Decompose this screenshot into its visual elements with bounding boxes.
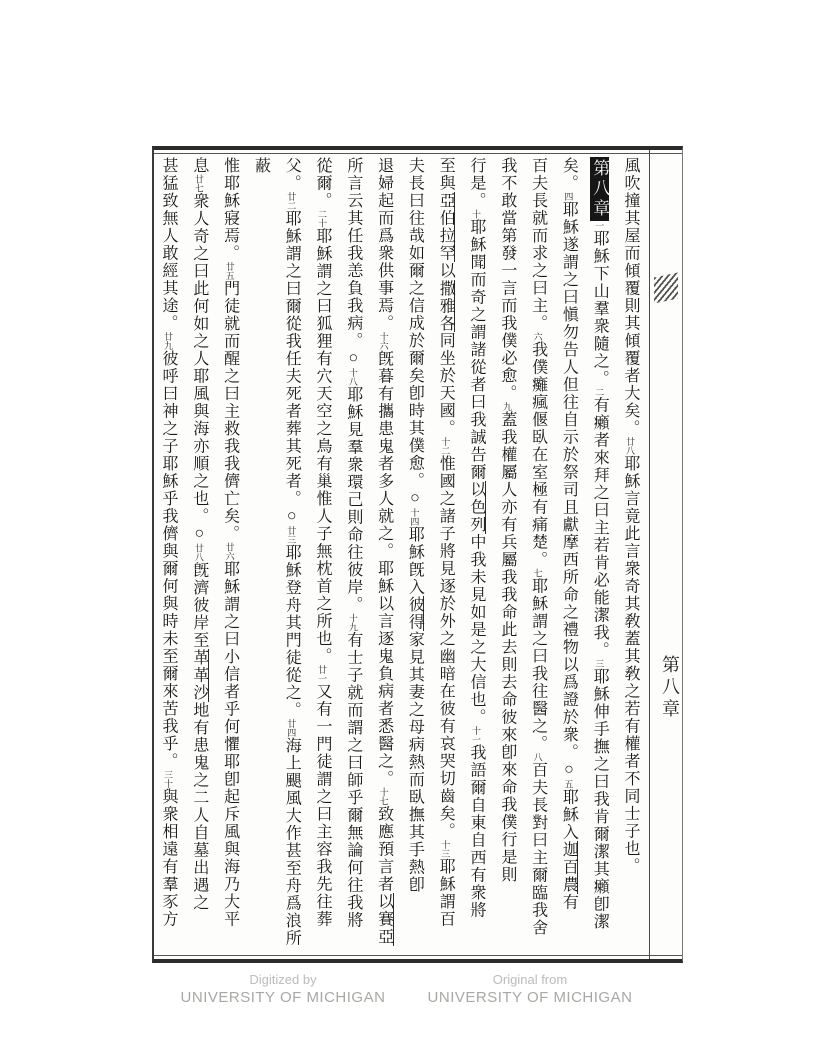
scripture-text: 中我未見如是之大信也。 bbox=[468, 534, 485, 727]
scripture-text: 又有一門徒謂之曰主容我先往葬 bbox=[314, 683, 331, 928]
scripture-text: 矣。 bbox=[560, 157, 577, 192]
verse-number: 九 bbox=[502, 402, 512, 411]
verse-number: 六 bbox=[533, 332, 543, 341]
scripture-text: 耶穌謂之曰狐狸有穴天空之鳥有巢惟人子無枕首之所也。 bbox=[314, 228, 331, 666]
text-columns: 風吹撞其屋而傾覆則其傾覆者大矣。廿八耶穌言竟此言衆奇其敎蓋其敎之若有權者不同士子… bbox=[154, 150, 648, 959]
text-column: 百夫長就而求之曰主。六我僕癱瘋偃臥在室極有痛楚。七耶穌謂之曰我往醫之。八百夫長對… bbox=[522, 157, 553, 954]
scripture-text: 蓋我權屬人亦有兵屬我我命此去則去命彼來卽來命我僕行是則 bbox=[499, 411, 516, 884]
original-from-label: Original from bbox=[400, 972, 660, 987]
verse-number: 七 bbox=[533, 569, 543, 578]
scripture-text: 耶穌下山羣衆隨之。 bbox=[591, 230, 608, 388]
scripture-text: 甚猛致無人敢經其途。 bbox=[160, 157, 177, 332]
proper-name-text: 革革沙 bbox=[191, 649, 209, 702]
verse-number: 四 bbox=[563, 192, 573, 201]
scripture-text: 至與 bbox=[437, 157, 454, 192]
proper-name-text: 彼得 bbox=[406, 596, 424, 631]
scripture-text: 與衆相遠有羣豕方 bbox=[160, 788, 177, 928]
verse-number: 三十 bbox=[163, 770, 173, 788]
verse-number: 十三 bbox=[440, 840, 450, 858]
scripture-text: 耶穌見羣衆環己則命往彼岸。 bbox=[345, 386, 362, 614]
verse-number: 十九 bbox=[348, 614, 358, 632]
verse-number: 廿一 bbox=[317, 665, 327, 683]
scripture-text: 致應預言者 bbox=[376, 806, 393, 894]
verse-number: 廿二 bbox=[286, 192, 296, 210]
scripture-text: 耶穌謂之曰我往醫之。 bbox=[530, 578, 547, 753]
text-column: 行是。十耶穌聞而奇之謂諸從者曰我誠告爾以色列中我未見如是之大信也。十一我語爾自東… bbox=[460, 157, 491, 954]
verse-number: 十一 bbox=[471, 726, 481, 744]
scripture-text: 百夫長對曰主爾臨我舍 bbox=[530, 762, 547, 937]
scripture-text: 旣暮有攜患鬼者多人就之。耶穌以言逐鬼負病者悉醫之。 bbox=[376, 350, 393, 788]
verse-number: 廿五 bbox=[225, 262, 235, 280]
scripture-text: 耶穌伸手撫之曰我肯爾潔其癩卽潔 bbox=[591, 668, 608, 931]
verse-number: 二十 bbox=[317, 210, 327, 228]
scripture-text: 惟國之諸子將見逐於外之幽暗在彼有哀哭切齒矣。 bbox=[437, 455, 454, 840]
text-column: 至與亞伯拉罕以撒雅各同坐於天國。十二惟國之諸子將見逐於外之幽暗在彼有哀哭切齒矣。… bbox=[429, 157, 460, 954]
text-column: 所言云其任我恙負我病。○十八耶穌見羣衆環己則命往彼岸。十九有士子就而謂之曰師乎爾… bbox=[337, 157, 368, 954]
verse-number: 十 bbox=[471, 210, 481, 219]
scripture-text: 耶穌謂之曰小信者乎何懼耶卽起斥風與海乃大平 bbox=[222, 561, 239, 929]
verse-number: 八 bbox=[533, 753, 543, 762]
page-frame: 風吹撞其屋而傾覆則其傾覆者大矣。廿八耶穌言竟此言衆奇其敎蓋其敎之若有權者不同士子… bbox=[152, 146, 683, 963]
scripture-text: 我不敢當第發一言而我僕必愈。 bbox=[499, 157, 516, 402]
scripture-text: 有 bbox=[560, 894, 577, 912]
verse-number: 廿八 bbox=[194, 544, 204, 562]
text-column: 我不敢當第發一言而我僕必愈。九蓋我權屬人亦有兵屬我我命此去則去命彼來卽來命我僕行… bbox=[491, 157, 522, 954]
scripture-text: 百夫長就而求之曰主。 bbox=[530, 157, 547, 332]
verse-number: 十七 bbox=[379, 788, 389, 806]
text-column: 息廿七衆人奇之曰此何如之人耶風與海亦順之也。○廿八旣濟彼岸至革革沙地有患鬼之二人… bbox=[183, 157, 214, 954]
verse-number: 廿三 bbox=[286, 526, 296, 544]
scripture-text: 有癩者來拜之曰主若肯必能潔我。 bbox=[591, 397, 608, 660]
scripture-text: 父。 bbox=[283, 157, 300, 192]
verse-number: 廿九 bbox=[163, 332, 173, 350]
digitized-org: UNIVERSITY OF MICHIGAN bbox=[158, 989, 408, 1006]
scripture-text: 退婦起而爲衆供事焉。 bbox=[376, 157, 393, 332]
scripture-text: 惟耶穌寢焉。 bbox=[222, 157, 239, 262]
text-column: 矣。四耶穌遂謂之曰愼勿告人但往自示於祭司且獻摩西所命之禮物以爲證於衆。○五耶穌入… bbox=[553, 157, 584, 954]
scripture-text: 耶穌旣入 bbox=[406, 526, 423, 596]
verse-number: 十八 bbox=[348, 368, 358, 386]
scripture-text: 以 bbox=[437, 262, 454, 280]
scripture-text: 耶穌登舟其門徒從之。 bbox=[283, 544, 300, 719]
scripture-text: 耶穌謂百 bbox=[437, 858, 454, 928]
scripture-text: 有士子就而謂之曰師乎爾無論何往我將 bbox=[345, 632, 362, 930]
scripture-text: 耶穌遂謂之曰愼勿告人但往自示於祭司且獻摩西所命之禮物以爲證於衆。○ bbox=[560, 201, 577, 780]
scripture-text: 耶穌言竟此言衆奇其敎蓋其敎之若有權者不同士子也。 bbox=[622, 455, 639, 875]
text-column: 父。廿二耶穌謂之曰爾從我任夫死者葬其死者。○廿三耶穌登舟其門徒從之。廿四海上颶風… bbox=[245, 157, 307, 954]
proper-name-text: 以色列 bbox=[468, 481, 486, 534]
proper-name-text: 亞伯拉罕 bbox=[437, 192, 455, 262]
proper-name-text: 撒雅各 bbox=[437, 280, 455, 333]
scripture-text: 夫長曰往哉如爾之信成於爾矣卽時其僕愈。○ bbox=[406, 157, 423, 508]
scripture-text: 衆人奇之曰此何如之人耶風與海亦順之也。○ bbox=[191, 193, 208, 544]
verse-number: 十六 bbox=[379, 332, 389, 350]
verse-number: 十四 bbox=[409, 508, 419, 526]
digitized-by-label: Digitized by bbox=[158, 972, 408, 987]
text-column: 甚猛致無人敢經其途。廿九彼呼曰神之子耶穌乎我儕與爾何與時未至爾來苦我乎。三十與衆… bbox=[154, 157, 183, 954]
scripture-text: 從爾。 bbox=[314, 157, 331, 210]
outer-margin: 第八章 bbox=[649, 150, 682, 959]
proper-name-text: 以賽亞 bbox=[376, 893, 394, 946]
hatch-ink-mark-icon bbox=[654, 272, 678, 303]
verse-number: 廿七 bbox=[194, 175, 204, 193]
verse-number: 廿八 bbox=[625, 437, 635, 455]
scripture-text: 同坐於天國。 bbox=[437, 332, 454, 437]
proper-name-text: 迦百農 bbox=[560, 841, 578, 894]
scripture-text: 地有患鬼之二人自墓出遇之 bbox=[191, 702, 208, 912]
verse-number: 廿六 bbox=[225, 543, 235, 561]
text-column: 退婦起而爲衆供事焉。十六旣暮有攜患鬼者多人就之。耶穌以言逐鬼負病者悉醫之。十七致… bbox=[368, 157, 399, 954]
scripture-text: 我僕癱瘋偃臥在室極有痛楚。 bbox=[530, 341, 547, 569]
scripture-text: 風吹撞其屋而傾覆則其傾覆者大矣。 bbox=[622, 157, 639, 437]
text-column: 風吹撞其屋而傾覆則其傾覆者大矣。廿八耶穌言竟此言衆奇其敎蓋其敎之若有權者不同士子… bbox=[614, 157, 645, 954]
verse-number: 一 bbox=[594, 221, 604, 230]
digitized-credit: Digitized by UNIVERSITY OF MICHIGAN bbox=[158, 972, 408, 1006]
scripture-text: 家見其妻之母病熱而臥撫其手熱卽 bbox=[406, 631, 423, 894]
scripture-text: 旣濟彼岸至 bbox=[191, 562, 208, 650]
scripture-text: 彼呼曰神之子耶穌乎我儕與爾何與時未至爾來苦我乎。 bbox=[160, 350, 177, 770]
text-column: 惟耶穌寢焉。廿五門徒就而醒之曰主救我我儕亡矣。廿六耶穌謂之曰小信者乎何懼耶卽起斥… bbox=[214, 157, 245, 954]
scripture-text: 我語爾自東自西有衆將 bbox=[468, 744, 485, 919]
scripture-text: 行是。 bbox=[468, 157, 485, 210]
verse-number: 三 bbox=[594, 659, 604, 668]
verse-number: 二 bbox=[594, 388, 604, 397]
scripture-text: 息 bbox=[191, 157, 208, 175]
text-column: 從爾。二十耶穌謂之曰狐狸有穴天空之鳥有巢惟人子無枕首之所也。廿一又有一門徒謂之曰… bbox=[306, 157, 337, 954]
scripture-text: 門徒就而醒之曰主救我我儕亡矣。 bbox=[222, 280, 239, 543]
scripture-text: 所言云其任我恙負我病。○ bbox=[345, 157, 362, 368]
text-column: 第八章一耶穌下山羣衆隨之。二有癩者來拜之曰主若肯必能潔我。三耶穌伸手撫之曰我肯爾… bbox=[583, 157, 614, 954]
scripture-text: 耶穌聞而奇之謂諸從者曰我誠告爾 bbox=[468, 219, 485, 482]
scripture-text: 耶穌謂之曰爾從我任夫死者葬其死者。○ bbox=[283, 210, 300, 526]
scripture-text: 耶穌入 bbox=[560, 789, 577, 842]
verse-number: 五 bbox=[563, 780, 573, 789]
original-org: UNIVERSITY OF MICHIGAN bbox=[400, 989, 660, 1006]
text-column: 夫長曰往哉如爾之信成於爾矣卽時其僕愈。○十四耶穌旣入彼得家見其妻之母病熱而臥撫其… bbox=[399, 157, 430, 954]
chapter-margin-label: 第八章 bbox=[650, 655, 683, 721]
verse-number: 廿四 bbox=[286, 719, 296, 737]
verse-number: 十二 bbox=[440, 437, 450, 455]
original-credit: Original from UNIVERSITY OF MICHIGAN bbox=[400, 972, 660, 1006]
chapter-heading: 第八章 bbox=[590, 157, 609, 221]
